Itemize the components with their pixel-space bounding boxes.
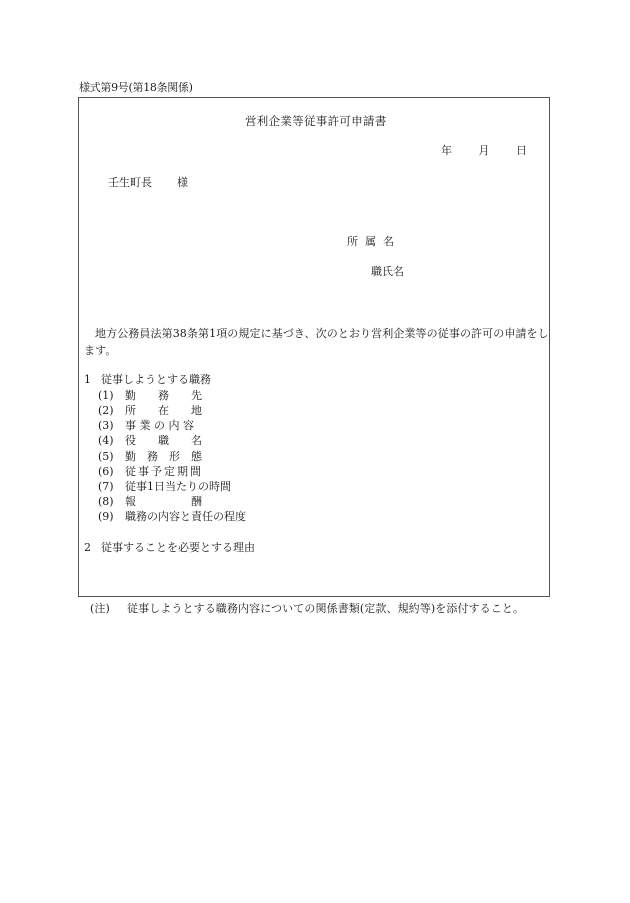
section1-item: (2)所 在 地	[98, 405, 202, 416]
section1-number: 1	[84, 374, 101, 385]
item-label: 報 酬	[125, 496, 202, 507]
date-row: 年 月 日	[441, 145, 527, 156]
note-label: (注)	[90, 603, 127, 614]
section2-title: 従事することを必要とする理由	[101, 541, 255, 554]
job-name-label: 職氏名	[371, 266, 404, 277]
section1-item: (4)役 職 名	[98, 435, 202, 446]
date-day-label: 日	[516, 145, 527, 156]
addressee-honorific: 様	[177, 176, 188, 189]
item-number: (2)	[98, 405, 125, 416]
item-number: (6)	[98, 466, 125, 477]
item-label: 事 業 の 内 容	[125, 420, 194, 431]
application-statement: 地方公務員法第38条第1項の規定に基づき、次のとおり営利企業等の従事の許可の申請…	[84, 325, 550, 359]
addressee-name: 壬生町長	[108, 176, 152, 189]
form-number-label: 様式第9号(第18条関係)	[79, 82, 193, 93]
item-number: (5)	[98, 451, 125, 462]
section1-item: (6)従事予定期間	[98, 466, 203, 477]
section1-heading: 1従事しようとする職務	[84, 374, 211, 385]
date-year-label: 年	[441, 145, 452, 156]
document-title: 営利企業等従事許可申請書	[245, 116, 387, 128]
item-label: 勤 務 先	[125, 390, 202, 401]
section1-title: 従事しようとする職務	[101, 373, 211, 386]
section1-item: (9)職務の内容と責任の程度	[98, 511, 246, 522]
item-number: (9)	[98, 511, 125, 522]
section2-heading: 2従事することを必要とする理由	[84, 542, 255, 553]
item-label: 従事1日当たりの時間	[125, 481, 231, 492]
section1-item: (3)事 業 の 内 容	[98, 420, 194, 431]
note-text: 従事しようとする職務内容についての関係書類(定款、規約等)を添付すること。	[127, 602, 524, 615]
attachment-note: (注)従事しようとする職務内容についての関係書類(定款、規約等)を添付すること。	[90, 603, 524, 614]
item-label: 従事予定期間	[125, 466, 203, 477]
item-label: 職務の内容と責任の程度	[125, 511, 246, 522]
affiliation-label: 所属名	[347, 236, 401, 247]
section2-number: 2	[84, 542, 101, 553]
section1-item: (8)報 酬	[98, 496, 202, 507]
section1-item: (7)従事1日当たりの時間	[98, 481, 231, 492]
section1-item: (1)勤 務 先	[98, 390, 202, 401]
item-number: (1)	[98, 390, 125, 401]
section1-item: (5)勤 務 形 態	[98, 451, 202, 462]
date-month-label: 月	[479, 145, 490, 156]
item-number: (7)	[98, 481, 125, 492]
item-label: 勤 務 形 態	[125, 451, 202, 462]
item-number: (8)	[98, 496, 125, 507]
addressee: 壬生町長様	[108, 177, 188, 188]
item-label: 所 在 地	[125, 405, 202, 416]
item-number: (4)	[98, 435, 125, 446]
item-number: (3)	[98, 420, 125, 431]
item-label: 役 職 名	[125, 435, 202, 446]
